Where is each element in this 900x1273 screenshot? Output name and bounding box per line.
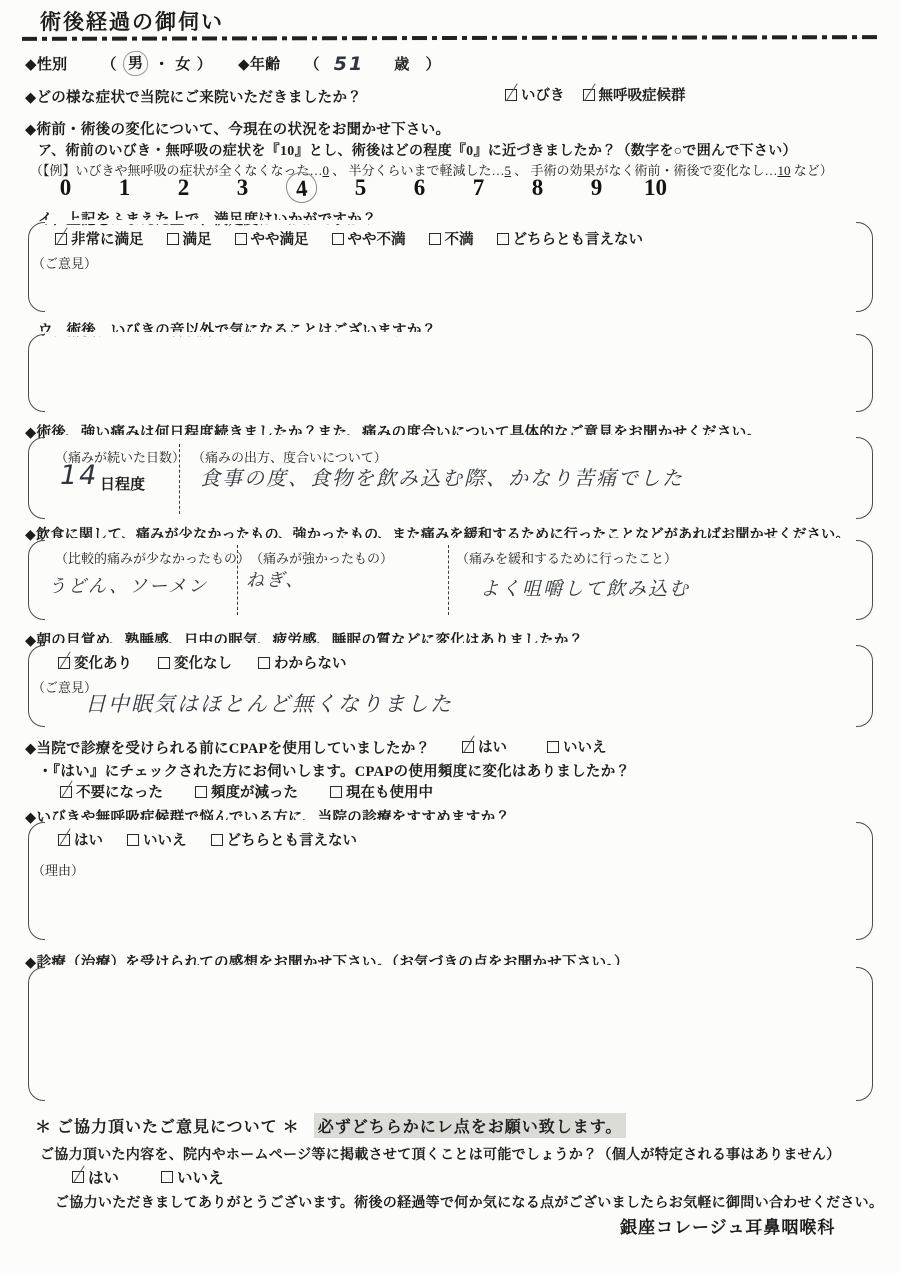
eating-col1-value: うどん、ソーメン — [48, 572, 208, 598]
age-label: ◆年齢 — [238, 53, 280, 74]
sex-paren-close: ） — [197, 53, 212, 74]
publish-options: はい いいえ — [72, 1166, 224, 1188]
option-label: 頻度が減った — [211, 781, 298, 802]
checkbox-icon[interactable] — [235, 233, 247, 245]
thanks-text: ご協力いただきましてありがとうございます。術後の経過等で何か気になる点がございま… — [55, 1192, 883, 1212]
option-publish-no[interactable]: いいえ — [161, 1166, 224, 1188]
scale-1[interactable]: 1 — [109, 172, 140, 203]
eating-col3-value: よく咀嚼して飲み込む — [480, 574, 690, 601]
recommend-options: はい いいえ どちらとも言えない — [58, 829, 357, 850]
sex-label: ◆性別 — [25, 53, 67, 74]
option-label: 無呼吸症候群 — [599, 84, 686, 105]
option-label: やや不満 — [348, 228, 406, 249]
option-no-change[interactable]: 変化なし — [158, 652, 232, 673]
sleep-options: 変化あり 変化なし わからない — [58, 652, 347, 673]
option-label: 不要になった — [76, 781, 163, 802]
cpap-question: ◆当院で診療を受けられる前にCPAPを使用していましたか？ — [25, 737, 430, 758]
other-answer-box[interactable] — [28, 334, 873, 412]
publish-question: ご協力頂いた内容を、院内やホームページ等に掲載させて頂くことは可能でしょうか？（… — [40, 1144, 841, 1164]
checkbox-icon[interactable] — [583, 89, 595, 101]
scale-7[interactable]: 7 — [463, 172, 494, 203]
questionnaire-form: 術後経過の御伺い ◆性別 （ 男 ・ 女 ） ◆年齢 （ 51 歳 ） ◆どの様… — [0, 0, 900, 1273]
checkbox-icon[interactable] — [58, 834, 70, 846]
option-publish-yes[interactable]: はい — [72, 1166, 119, 1188]
checkbox-icon[interactable] — [161, 1171, 173, 1183]
title-divider — [22, 35, 880, 41]
scale-6[interactable]: 6 — [404, 172, 435, 203]
option-recommend-no[interactable]: いいえ — [127, 829, 187, 850]
option-very-satisfied[interactable]: 非常に満足 — [55, 228, 144, 249]
profile-row: ◆性別 （ 男 ・ 女 ） ◆年齢 （ 51 歳 ） — [25, 51, 441, 76]
pain-box-divider — [179, 444, 180, 514]
option-recommend-neither[interactable]: どちらとも言えない — [211, 829, 358, 850]
comment-label: （ご意見） — [32, 253, 97, 272]
scale-5[interactable]: 5 — [345, 172, 376, 203]
option-label: はい — [478, 736, 507, 757]
option-snoring[interactable]: いびき — [505, 84, 565, 105]
change-heading: ◆術前・術後の変化について、今現在の状況をお聞かせ下さい。 — [25, 118, 450, 139]
age-value[interactable]: 51 — [334, 53, 364, 75]
option-somewhat-satisfied[interactable]: やや満足 — [235, 228, 309, 249]
checkbox-icon[interactable] — [58, 657, 70, 669]
option-cpap-yes[interactable]: はい — [462, 736, 507, 757]
option-label: 不満 — [445, 228, 474, 249]
checkbox-icon[interactable] — [211, 834, 223, 846]
option-label: はい — [74, 829, 103, 850]
option-apnea[interactable]: 無呼吸症候群 — [583, 84, 686, 105]
option-label: いいえ — [143, 829, 187, 850]
checkbox-icon[interactable] — [332, 233, 344, 245]
symptom-question: ◆どの様な症状で当院にご来院いただきましたか？ — [25, 86, 362, 107]
option-frequency-decreased[interactable]: 頻度が減った — [195, 781, 298, 802]
checkbox-icon[interactable] — [195, 786, 207, 798]
option-label: 変化なし — [174, 652, 232, 673]
eating-col1-label: （比較的痛みが少なかったもの） — [55, 548, 250, 567]
footer-note-highlight: 必ずどちらかにレ点をお願い致します。 — [314, 1113, 627, 1138]
option-label: 非常に満足 — [71, 228, 144, 249]
option-still-using[interactable]: 現在も使用中 — [330, 781, 433, 802]
checkbox-icon[interactable] — [462, 741, 474, 753]
cpap-use-options: はい いいえ — [462, 736, 607, 757]
checkbox-icon[interactable] — [505, 89, 517, 101]
scale-question: ア、術前のいびき・無呼吸の症状を『10』とし、術後はどの程度『0』に近づきました… — [38, 140, 797, 160]
eating-divider-2 — [448, 545, 449, 615]
checkbox-icon[interactable] — [330, 786, 342, 798]
cpap-followup: ・『はい』にチェックされた方にお伺いします。CPAPの使用頻度に変化はありました… — [38, 760, 630, 781]
scale-4-selected[interactable]: 4 — [285, 171, 319, 205]
option-no-longer-needed[interactable]: 不要になった — [60, 781, 163, 802]
option-changed[interactable]: 変化あり — [58, 652, 132, 673]
option-somewhat-dissatisfied[interactable]: やや不満 — [332, 228, 406, 249]
option-label: わからない — [274, 652, 347, 673]
cpap-freq-options: 不要になった 頻度が減った 現在も使用中 — [60, 781, 433, 802]
footer-note-prefix: ＊ ご協力頂いたご意見について ＊ — [35, 1114, 300, 1137]
eating-col2-label: （痛みが強かったもの） — [250, 548, 393, 567]
age-unit: 歳 — [394, 53, 409, 74]
checkbox-icon[interactable] — [547, 741, 559, 753]
option-satisfied[interactable]: 満足 — [167, 228, 212, 249]
checkbox-icon[interactable] — [72, 1171, 84, 1183]
option-recommend-yes[interactable]: はい — [58, 829, 103, 850]
option-label: やや満足 — [251, 228, 309, 249]
impression-answer-box[interactable] — [28, 967, 873, 1101]
symptom-options: いびき 無呼吸症候群 — [505, 84, 686, 105]
checkbox-icon[interactable] — [127, 834, 139, 846]
checkbox-icon[interactable] — [429, 233, 441, 245]
eating-col2-value: ねぎ、 — [246, 566, 305, 592]
option-label: いびき — [521, 84, 565, 105]
sex-male-option[interactable]: 男 — [122, 50, 149, 76]
option-unknown[interactable]: わからない — [258, 652, 347, 673]
pain-days-value: 14 — [60, 460, 98, 491]
option-neither[interactable]: どちらとも言えない — [497, 228, 644, 249]
option-label: はい — [88, 1166, 119, 1188]
sleep-comment-value: 日中眠気はほとんど無くなりました — [85, 688, 453, 718]
clinic-name: 銀座コレージュ耳鼻咽喉科 — [620, 1213, 835, 1238]
scale-0[interactable]: 0 — [50, 172, 81, 203]
option-label: いいえ — [177, 1166, 224, 1188]
reason-label: （理由） — [32, 860, 84, 879]
option-label: どちらとも言えない — [513, 228, 644, 249]
option-dissatisfied[interactable]: 不満 — [429, 228, 474, 249]
example-value-10: 10 — [778, 163, 791, 178]
option-cpap-no[interactable]: いいえ — [547, 736, 607, 757]
scale-9[interactable]: 9 — [581, 172, 612, 203]
checkbox-icon[interactable] — [55, 233, 67, 245]
checkbox-icon[interactable] — [258, 657, 270, 669]
pain-days-unit: 日程度 — [100, 473, 145, 494]
example-text: など） — [791, 163, 833, 178]
scale-2[interactable]: 2 — [168, 172, 199, 203]
footer-note: ＊ ご協力頂いたご意見について ＊ 必ずどちらかにレ点をお願い致します。 — [35, 1113, 626, 1138]
scale-10[interactable]: 10 — [640, 172, 671, 203]
checkbox-icon[interactable] — [60, 786, 72, 798]
option-label: いいえ — [563, 736, 607, 757]
option-label: 現在も使用中 — [346, 781, 433, 802]
pain-desc-value: 食事の度、食物を飲み込む際、かなり苦痛でした — [200, 462, 684, 491]
checkbox-icon[interactable] — [158, 657, 170, 669]
sex-separator: ・ — [154, 53, 169, 74]
scale-3[interactable]: 3 — [227, 172, 258, 203]
checkbox-icon[interactable] — [167, 233, 179, 245]
option-label: 満足 — [183, 228, 212, 249]
page-title: 術後経過の御伺い — [40, 6, 224, 36]
checkbox-icon[interactable] — [497, 233, 509, 245]
eating-col3-label: （痛みを緩和するために行ったこと） — [456, 548, 677, 567]
sex-paren-open: （ — [101, 53, 116, 74]
age-paren-close: ） — [426, 53, 441, 74]
scale-row: 0 1 2 3 4 5 6 7 8 9 10 — [50, 172, 671, 203]
sex-female-option[interactable]: 女 — [175, 53, 190, 74]
scale-8[interactable]: 8 — [522, 172, 553, 203]
option-label: 変化あり — [74, 652, 132, 673]
age-paren-open: （ — [304, 53, 319, 74]
option-label: どちらとも言えない — [227, 829, 358, 850]
satisfaction-options: 非常に満足 満足 やや満足 やや不満 不満 どちらとも言えない — [55, 228, 643, 249]
